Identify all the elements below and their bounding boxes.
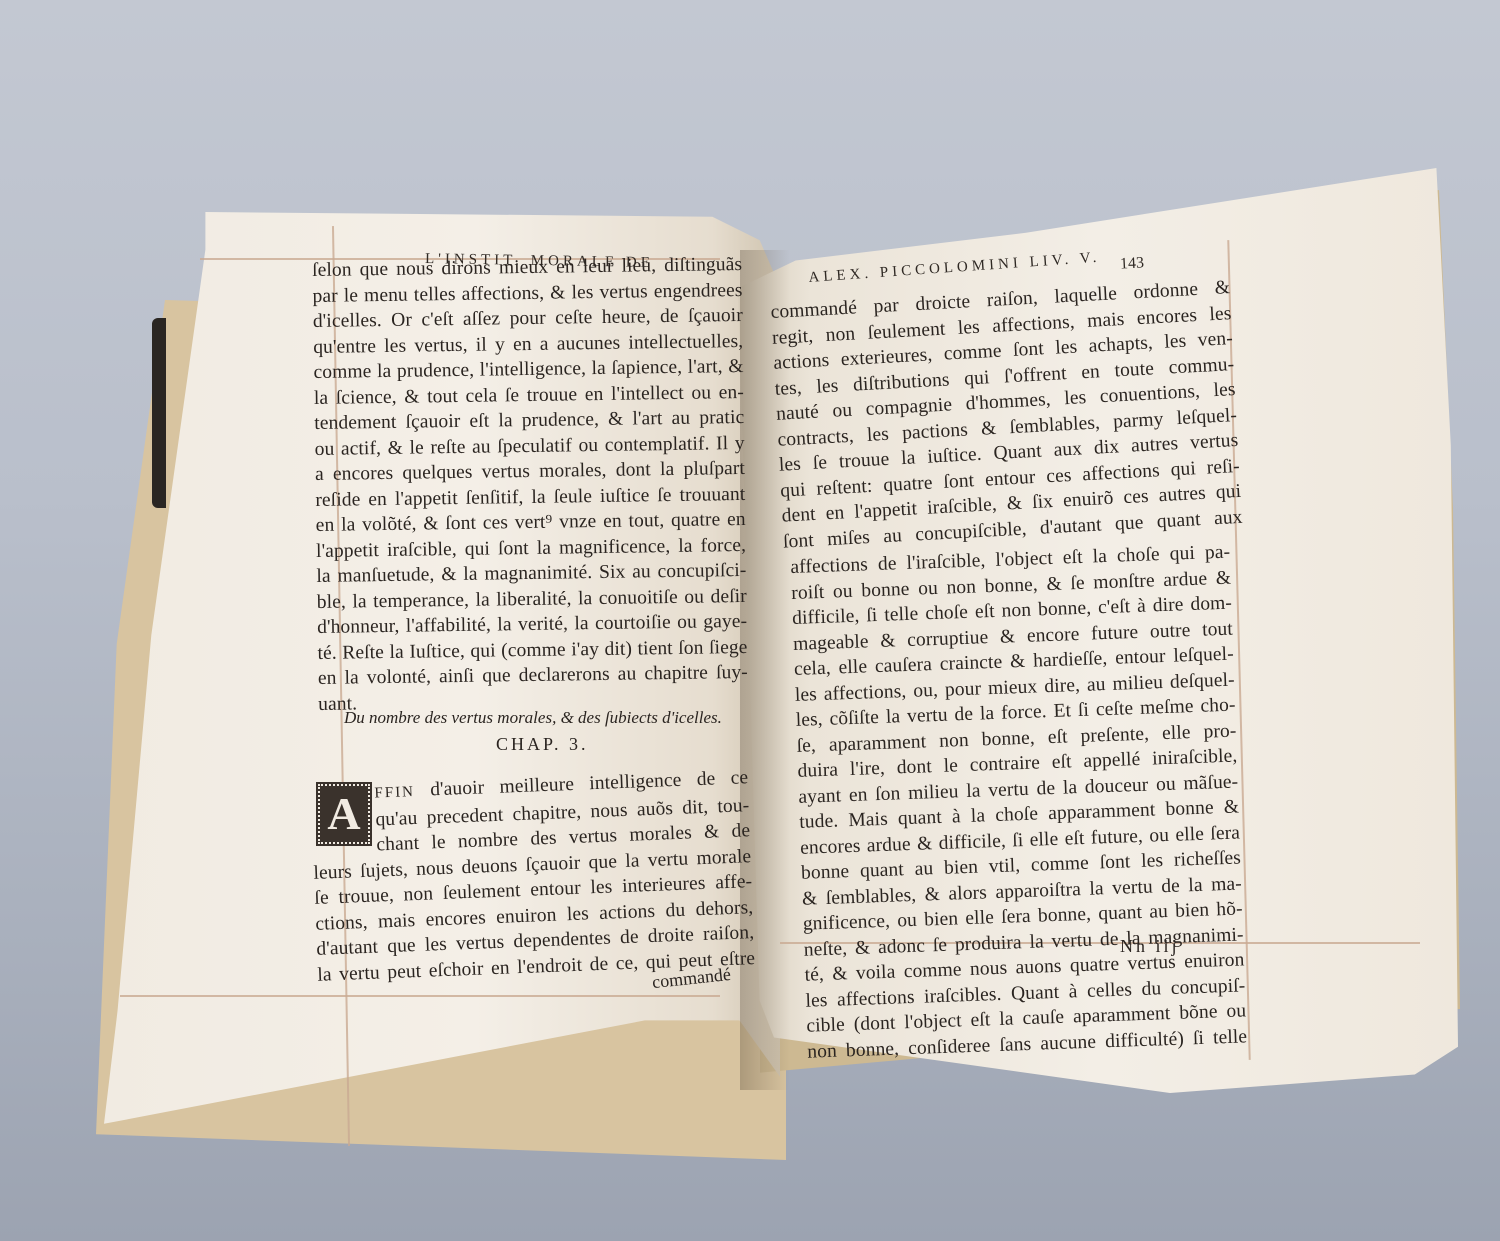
right-page-body-text-top: commandé par droicte raiſon, laquelle or… [770,275,1243,555]
book-photo-scene: L'INSTIT. MORALE DE ſelon que nous diron… [0,0,1500,1241]
first-word: FFIN [374,784,415,802]
right-page-body-text-bottom: affections de l'iraſcible, l'object eſt … [790,540,1248,1065]
book-binding-spine [152,318,166,508]
chapter-number: CHAP. 3. [496,734,589,755]
chapter-body-text: FFIN d'auoir meilleure intelligence de c… [310,765,756,988]
left-page-body-text: ſelon que nous dirons mieux en leur lieu… [312,252,748,717]
chapter-title: Du nombre des vertus morales, & des ſubi… [344,708,722,728]
left-page-bottom-rule [120,995,720,997]
signature-mark: Nn iij [1120,936,1180,957]
page-number: 143 [1120,254,1145,273]
